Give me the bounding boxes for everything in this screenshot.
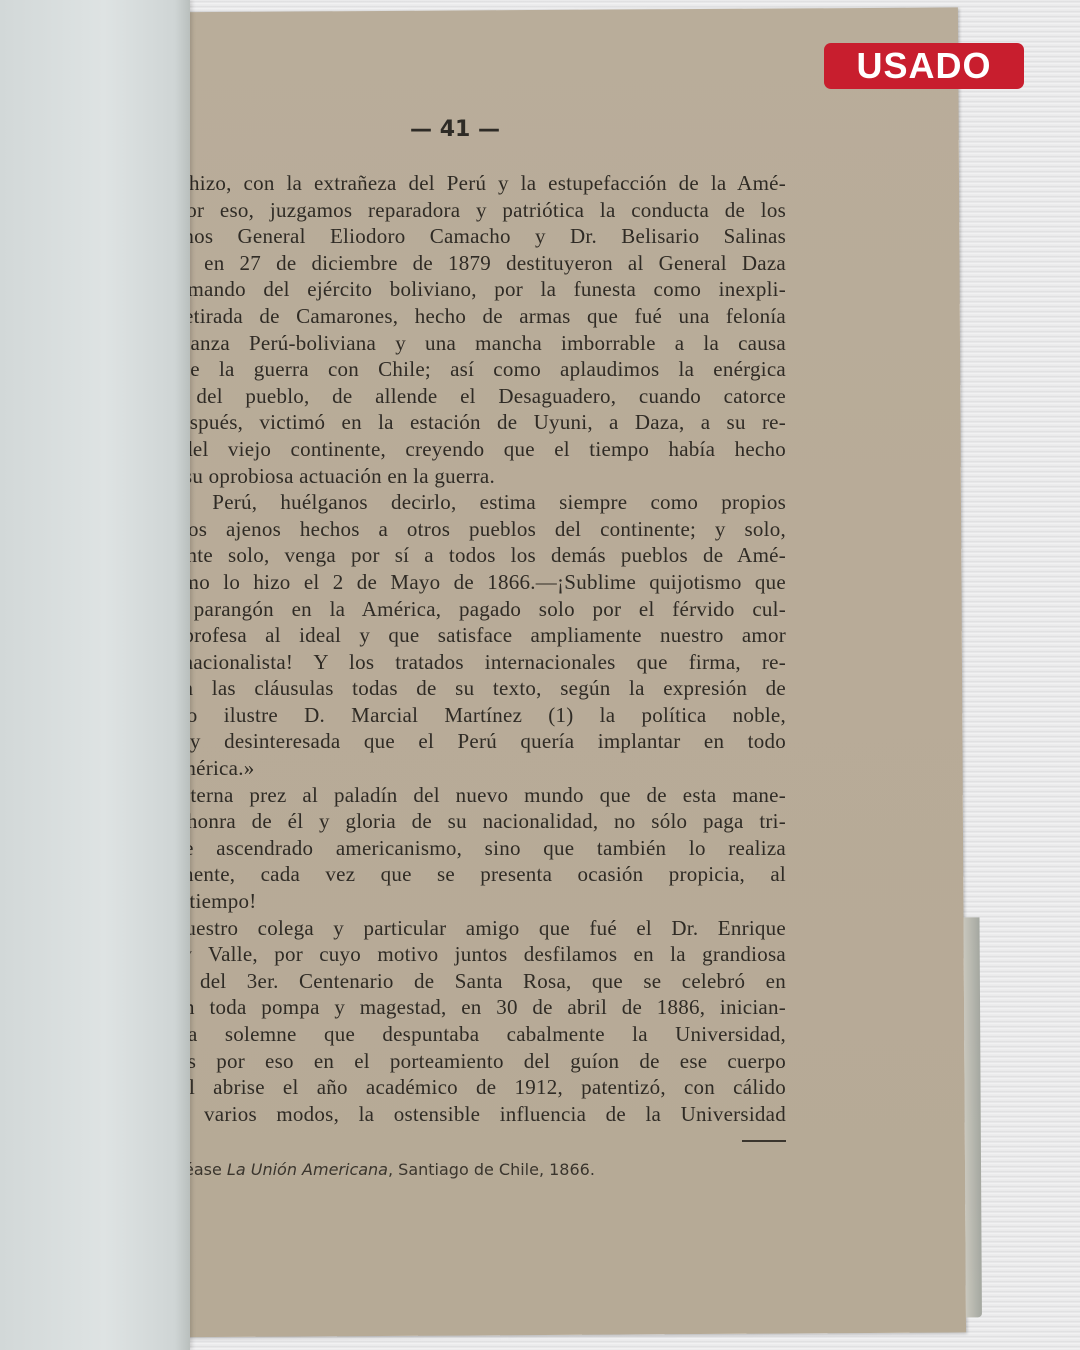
text-line: és del tiempo! (134, 888, 786, 915)
text-line: tiene parangón en la América, pagado sol… (134, 596, 786, 623)
page-body-text: sí lo hizo, con la extrañeza del Perú y … (134, 170, 786, 1127)
text-line: vidar su oprobiosa actuación en la guerr… (134, 463, 786, 490)
text-line: olía y desinteresada que el Perú quería … (134, 728, 786, 755)
text-line: sí lo hizo, con la extrañeza del Perú y … (134, 170, 786, 197)
text-line: a, con toda pompa y magestad, en 30 de a… (134, 994, 786, 1021)
text-line: a, como lo hizo el 2 de Mayo de 1866.—¡S… (134, 569, 786, 596)
text-line: ite, al abrise el año académico de 1912,… (134, 1074, 786, 1101)
footnote-suffix: , Santiago de Chile, 1866. (388, 1160, 595, 1179)
footnote-prefix: éase (184, 1160, 227, 1179)
text-line: que profesa al ideal y que satisface amp… (134, 622, 786, 649)
page-number: — 41 — (400, 117, 510, 142)
text-line: titud del pueblo, de allende el Desaguad… (134, 383, 786, 410)
text-line: Nuestro colega y particular amigo que fu… (134, 915, 786, 942)
text-line: chileno ilustre D. Marcial Martínez (1) … (134, 702, 786, 729)
footnote: éase La Unión Americana, Santiago de Chi… (184, 1160, 595, 1179)
text-line: nán y Valle, por cuyo motivo juntos desf… (134, 941, 786, 968)
text-line: ca. Por eso, juzgamos reparadora y patri… (134, 197, 786, 224)
text-line: plidamente, cada vez que se presenta oca… (134, 861, 786, 888)
text-line: uienes en 27 de diciembre de 1879 destit… (134, 250, 786, 277)
text-line: pascata solemne que despuntaba cabalment… (134, 1021, 786, 1048)
text-line: ¡Eterna prez al paladín del nuevo mundo … (134, 782, 786, 809)
text-line: ble retirada de Camarones, hecho de arma… (134, 303, 786, 330)
footnote-title: La Unión Americana (227, 1160, 388, 1179)
text-line: ndonos por eso en el porteamiento del gu… (134, 1048, 786, 1075)
text-line: américa.» (134, 755, 786, 782)
text-line: agravios ajenos hechos a otros pueblos d… (134, 516, 786, 543)
text-line: y de varios modos, la ostensible influen… (134, 1101, 786, 1128)
text-line: nta de la guerra con Chile; así como apl… (134, 356, 786, 383)
text-line: para honra de él y gloria de su nacional… (134, 808, 786, 835)
text-line: pio nacionalista! Y los tratados interna… (134, 649, 786, 676)
footnote-rule (742, 1140, 786, 1142)
text-line: eramente solo, venga por sí a todos los … (134, 542, 786, 569)
text-line: an en las cláusulas todas de su texto, s… (134, 675, 786, 702)
text-line: os después, victimó en la estación de Uy… (134, 409, 786, 436)
page-edge (964, 917, 982, 1317)
text-line: olivianos General Eliodoro Camacho y Dr.… (134, 223, 786, 250)
text-line: El Perú, huélganos decirlo, estima siemp… (134, 489, 786, 516)
text-line: eso del viejo continente, creyendo que e… (134, 436, 786, 463)
used-condition-badge: USADO (824, 43, 1024, 89)
text-line: esión del 3er. Centenario de Santa Rosa,… (134, 968, 786, 995)
text-line: la alianza Perú-boliviana y una mancha i… (134, 330, 786, 357)
text-line: a ese ascendrado americanismo, sino que … (134, 835, 786, 862)
text-line: el comando del ejército boliviano, por l… (134, 276, 786, 303)
book-previous-page-flap (0, 0, 190, 1350)
